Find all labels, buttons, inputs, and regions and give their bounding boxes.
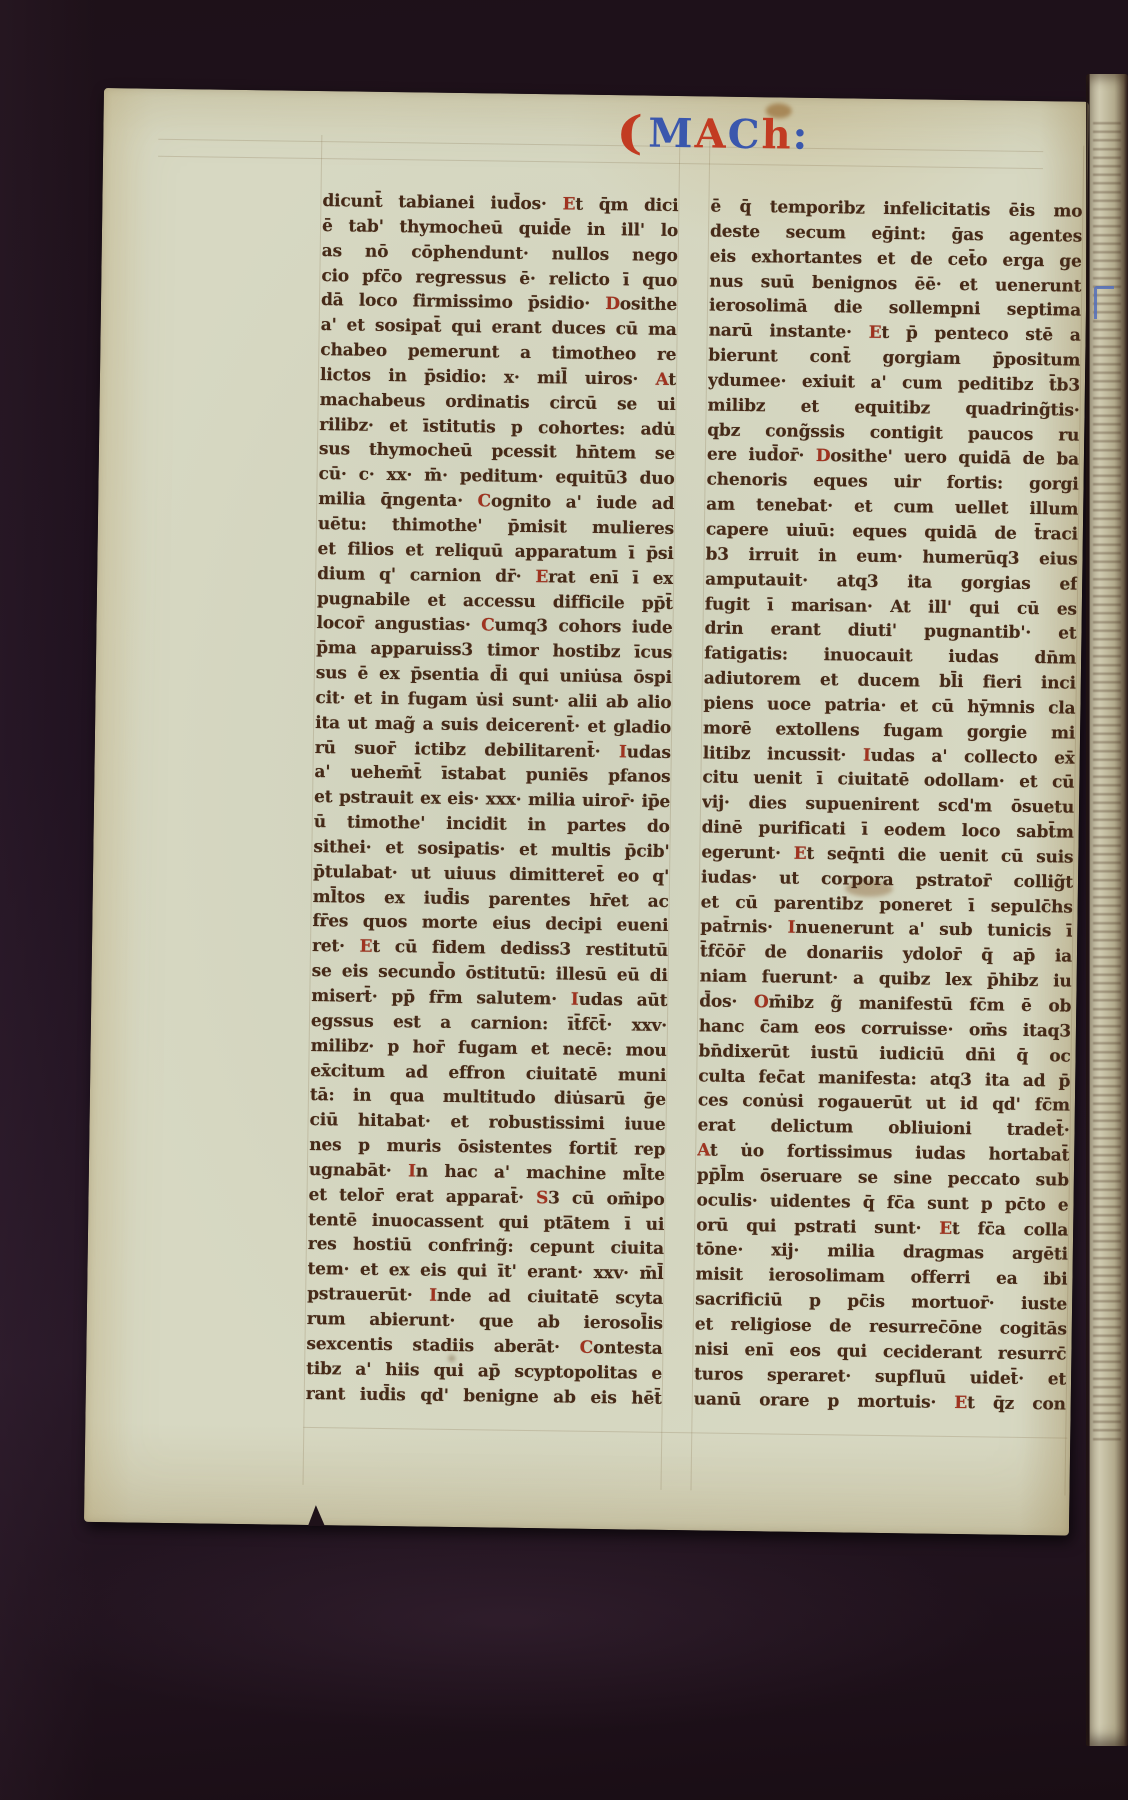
backdrop-sheen xyxy=(0,1500,1128,1800)
red-touched-capital: C xyxy=(580,1338,594,1358)
running-title-letter: ( xyxy=(615,106,646,161)
red-touched-capital: I xyxy=(619,742,627,762)
fore-edge-text-texture xyxy=(1093,122,1121,1442)
fore-edge-blue-initial-mark xyxy=(1094,286,1114,319)
text-column-left: dicunt̄ tabianei iud̄os· Et q̄m diciē ta… xyxy=(306,189,679,1411)
ruling-line-header-bottom xyxy=(158,156,1043,169)
ruling-line-footer xyxy=(303,1427,1067,1439)
running-title-letter: h xyxy=(761,111,793,158)
page-notch xyxy=(308,1505,325,1526)
red-touched-capital: E xyxy=(939,1218,952,1238)
red-touched-capital: I xyxy=(571,990,579,1010)
red-touched-capital: I xyxy=(863,745,871,765)
text-line: rant iud̄is qd' benigne ab eis hēt̄ xyxy=(306,1381,662,1411)
running-title-letter: A xyxy=(694,110,728,157)
red-touched-capital: S xyxy=(536,1188,548,1208)
red-touched-capital: I xyxy=(787,918,795,938)
red-touched-capital: D xyxy=(605,294,620,314)
red-touched-capital: O xyxy=(754,992,769,1012)
red-touched-capital: I xyxy=(408,1161,416,1181)
red-touched-capital: D xyxy=(816,446,831,466)
text-line: uanū orare p mortuis· Et q̄z con xyxy=(694,1387,1066,1417)
red-touched-capital: A xyxy=(655,370,668,390)
red-touched-capital: E xyxy=(869,323,882,343)
red-touched-capital: A xyxy=(697,1140,710,1160)
running-title: (MACh: xyxy=(620,109,810,162)
ruling-line-header-top xyxy=(158,139,1043,152)
running-title-letter: : xyxy=(792,112,809,159)
red-touched-capital: E xyxy=(359,937,372,957)
red-touched-capital: I xyxy=(429,1286,437,1306)
red-touched-capital: E xyxy=(562,194,575,214)
text-column-right: ē q̄ temporibz infelicitatis ēis modeste… xyxy=(694,194,1083,1416)
running-title-letter: C xyxy=(727,111,761,158)
red-touched-capital: E xyxy=(535,567,548,587)
fore-edge-pages xyxy=(1086,74,1128,1746)
photo-frame: { "palette":{ "backdrop":"#1e1119", "par… xyxy=(0,0,1128,1800)
red-touched-capital: C xyxy=(481,616,495,636)
running-title-letter: M xyxy=(648,110,695,158)
red-touched-capital: E xyxy=(794,844,807,864)
red-touched-capital: E xyxy=(954,1393,967,1413)
manuscript-page: (MACh: dicunt̄ tabianei iud̄os· Et q̄m d… xyxy=(84,88,1089,1536)
red-touched-capital: C xyxy=(477,491,491,511)
